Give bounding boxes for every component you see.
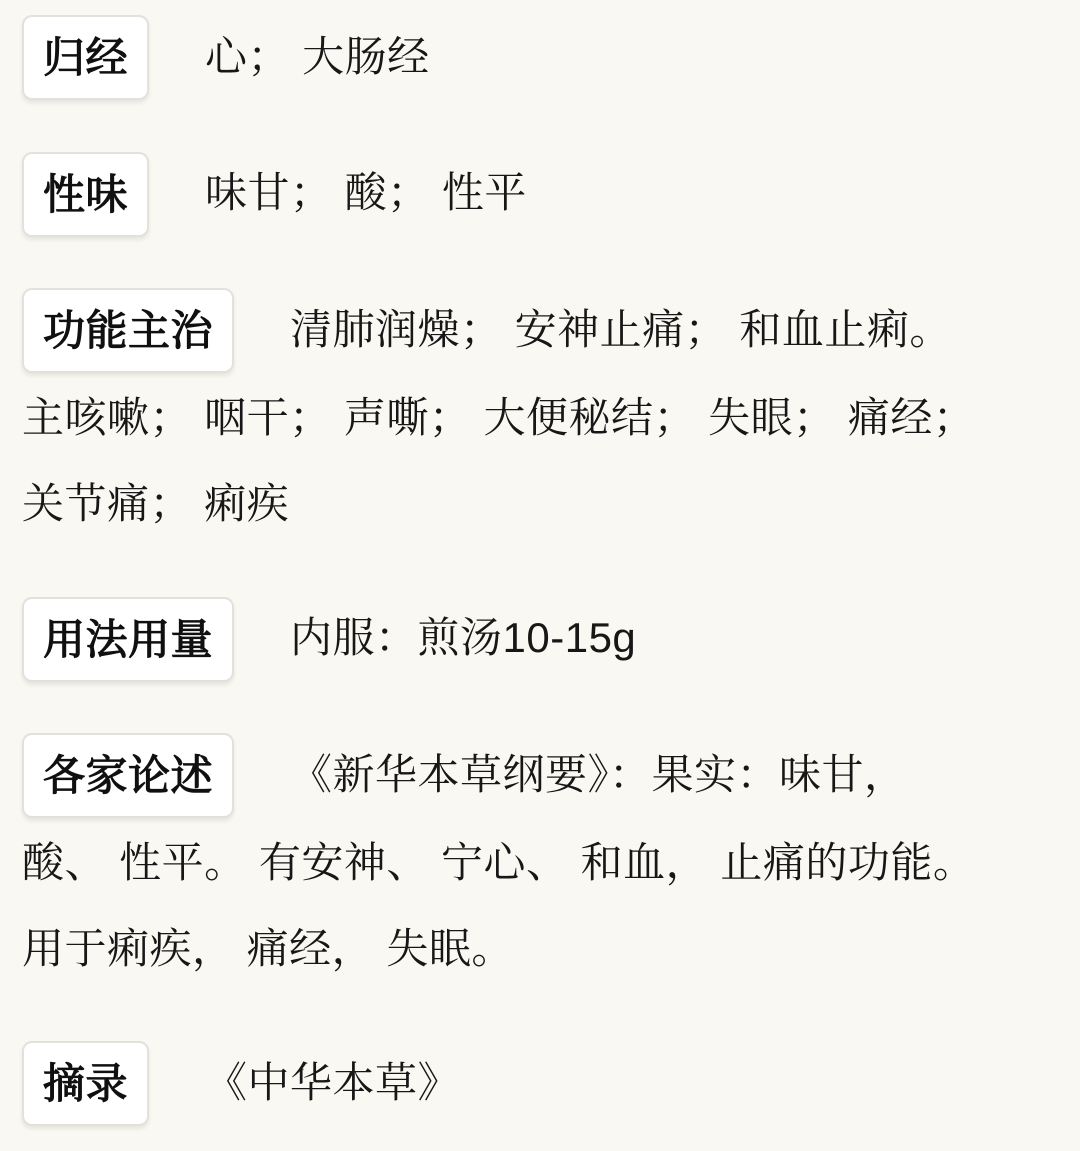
- section-gongneng-zhuzhi: 功能主治清肺润燥； 安神止痛； 和血止痢。 主咳嗽； 咽干； 声嘶； 大便秘结；…: [22, 287, 1055, 547]
- label-text-yongfa-yongliang: 用法用量: [43, 616, 213, 663]
- label-text-guijing: 归经: [43, 34, 128, 81]
- label-badge-zhailu: 摘录: [22, 1041, 149, 1126]
- value-yongfa-yongliang: 内服：煎汤10-15g: [290, 614, 636, 661]
- label-text-zhailu: 摘录: [43, 1060, 128, 1107]
- section-zhailu: 摘录《中华本草》: [22, 1040, 1055, 1128]
- section-gejia-lunshu: 各家论述《新华本草纲要》：果实：味甘， 酸、 性平。 有安神、 宁心、 和血， …: [22, 732, 1055, 992]
- label-badge-xingwei: 性味: [22, 152, 149, 237]
- value-xingwei: 味甘； 酸； 性平: [205, 169, 527, 216]
- label-text-gejia-lunshu: 各家论述: [43, 752, 213, 799]
- section-guijing: 归经心； 大肠经: [22, 14, 1055, 102]
- label-badge-gejia-lunshu: 各家论述: [22, 733, 234, 818]
- label-badge-guijing: 归经: [22, 15, 149, 100]
- section-yongfa-yongliang: 用法用量内服：煎汤10-15g: [22, 595, 1055, 683]
- value-zhailu: 《中华本草》: [205, 1059, 460, 1106]
- label-text-xingwei: 性味: [43, 171, 128, 218]
- label-text-gongneng-zhuzhi: 功能主治: [43, 307, 213, 354]
- label-badge-yongfa-yongliang: 用法用量: [22, 597, 234, 682]
- label-badge-gongneng-zhuzhi: 功能主治: [22, 288, 234, 373]
- value-guijing: 心； 大肠经: [205, 33, 430, 80]
- section-xingwei: 性味味甘； 酸； 性平: [22, 150, 1055, 238]
- herb-entry-page: 归经心； 大肠经 性味味甘； 酸； 性平 功能主治清肺润燥； 安神止痛； 和血止…: [22, 14, 1055, 1128]
